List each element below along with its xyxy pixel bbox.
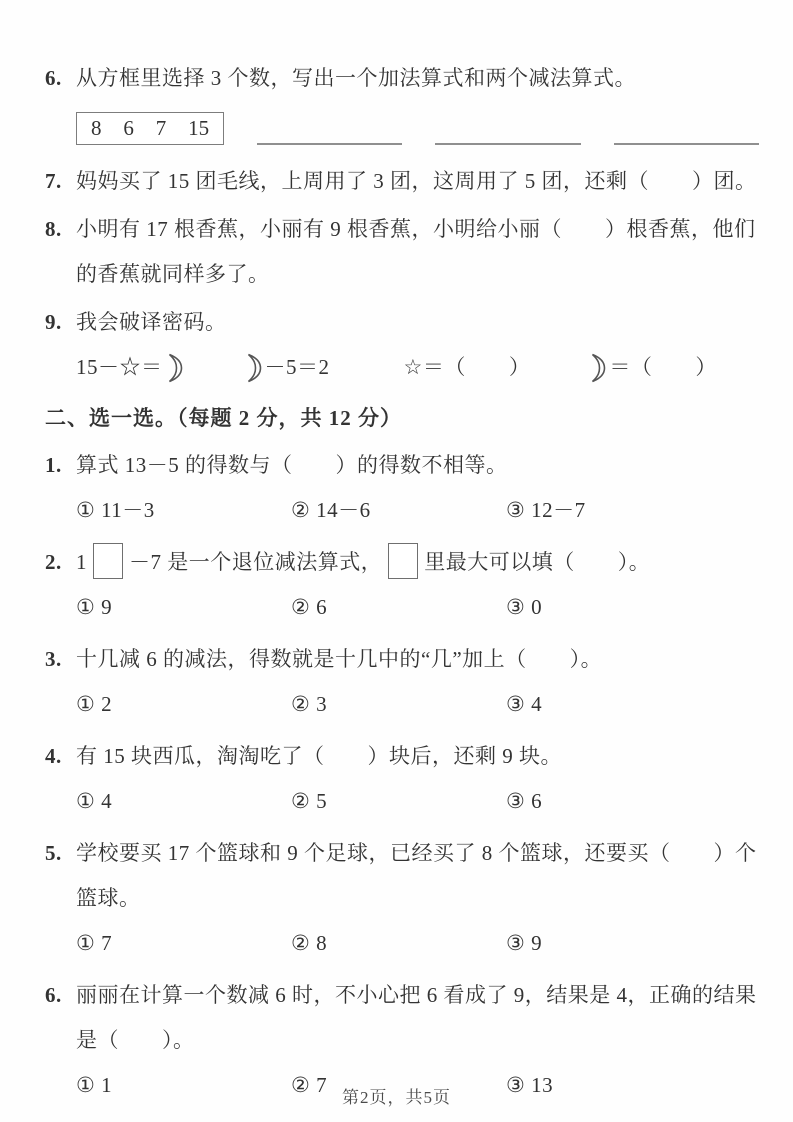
option-1[interactable]: ① 9 (76, 585, 291, 630)
question-number: 1. (45, 443, 76, 488)
option-3[interactable]: ③ 0 (506, 585, 542, 630)
equation-1: 15－☆＝ (76, 345, 186, 390)
number-box: 8 6 7 15 (76, 112, 224, 145)
option-2[interactable]: ② 14－6 (291, 488, 506, 533)
question-number: 4. (45, 734, 76, 779)
question-7-text: 7.妈妈买了 15 团毛线，上周用了 3 团，这周用了 5 团，还剩（ ）团。 (45, 159, 759, 204)
option-1[interactable]: ① 11－3 (76, 488, 291, 533)
option-1[interactable]: ① 2 (76, 682, 291, 727)
box-number: 15 (188, 116, 209, 141)
question-9: 9.我会破译密码。 15－☆＝ －5＝2 ☆＝（ ） ＝（ ） (45, 300, 759, 390)
equation-text: ☆＝（ ） (404, 345, 531, 390)
choice-question-2: 2.1－7 是一个退位减法算式，里最大可以填（ ）。 ① 9② 6③ 0 (45, 540, 759, 630)
option-3[interactable]: ③ 12－7 (506, 488, 586, 533)
question-9-text: 9.我会破译密码。 (45, 300, 759, 345)
option-2[interactable]: ② 3 (291, 682, 506, 727)
question-number: 9. (45, 300, 76, 345)
answer-box[interactable] (388, 543, 418, 579)
question-text-line: 1.算式 13－5 的得数与（ ）的得数不相等。 (45, 443, 759, 488)
option-3[interactable]: ③ 6 (506, 779, 542, 824)
answer-blank[interactable] (435, 115, 580, 145)
question-text-line: 6.丽丽在计算一个数减 6 时，不小心把 6 看成了 9，结果是 4，正确的结果… (45, 973, 759, 1063)
choice-question-4: 4.有 15 块西瓜，淘淘吃了（ ）块后，还剩 9 块。 ① 4② 5③ 6 (45, 734, 759, 824)
box-number: 8 (91, 116, 102, 141)
question-8-text: 8.小明有 17 根香蕉，小丽有 9 根香蕉，小明给小丽（ ）根香蕉，他们的香蕉… (45, 207, 759, 297)
question-text: 丽丽在计算一个数减 6 时，不小心把 6 看成了 9，结果是 4，正确的结果是（… (76, 983, 757, 1052)
question-number: 6. (45, 973, 76, 1018)
crescent-moon-icon (165, 353, 184, 383)
question-text: 从方框里选择 3 个数，写出一个加法算式和两个减法算式。 (76, 66, 636, 90)
option-2[interactable]: ② 6 (291, 585, 506, 630)
question-text: 有 15 块西瓜，淘淘吃了（ ）块后，还剩 9 块。 (76, 744, 562, 768)
question-number: 3. (45, 637, 76, 682)
page-number-footer: 第2页，共5页 (0, 1083, 793, 1108)
answer-blank[interactable] (614, 115, 759, 145)
question-6: 6.从方框里选择 3 个数，写出一个加法算式和两个减法算式。 8 6 7 15 (45, 56, 759, 145)
question-text-line: 4.有 15 块西瓜，淘淘吃了（ ）块后，还剩 9 块。 (45, 734, 759, 779)
question-9-equations: 15－☆＝ －5＝2 ☆＝（ ） ＝（ ） (76, 345, 759, 390)
equation-text: 15－☆＝ (76, 345, 163, 390)
crescent-moon-icon (244, 353, 263, 383)
options-row: ① 9② 6③ 0 (76, 585, 759, 630)
question-6-answer-row: 8 6 7 15 (76, 107, 759, 145)
question-text: 妈妈买了 15 团毛线，上周用了 3 团，这周用了 5 团，还剩（ ）团。 (76, 169, 757, 193)
option-2[interactable]: ② 5 (291, 779, 506, 824)
choice-question-3: 3.十几减 6 的减法，得数就是十几中的“几”加上（ ）。 ① 2② 3③ 4 (45, 637, 759, 727)
options-row: ① 11－3② 14－6③ 12－7 (76, 488, 759, 533)
question-number: 6. (45, 56, 76, 101)
question-text: 1 (76, 550, 87, 574)
question-7: 7.妈妈买了 15 团毛线，上周用了 3 团，这周用了 5 团，还剩（ ）团。 (45, 159, 759, 204)
option-1[interactable]: ① 4 (76, 779, 291, 824)
equation-4: ＝（ ） (586, 345, 717, 390)
equation-3: ☆＝（ ） (404, 345, 531, 390)
question-text: 小明有 17 根香蕉，小丽有 9 根香蕉，小明给小丽（ ）根香蕉，他们的香蕉就同… (76, 217, 756, 286)
crescent-moon-icon (588, 353, 607, 383)
section-2-title: 二、选一选。（每题 2 分，共 12 分） (45, 396, 759, 441)
equation-text: －5＝2 (265, 345, 330, 390)
answer-blank[interactable] (257, 115, 402, 145)
option-3[interactable]: ③ 4 (506, 682, 542, 727)
question-text-line: 3.十几减 6 的减法，得数就是十几中的“几”加上（ ）。 (45, 637, 759, 682)
question-8: 8.小明有 17 根香蕉，小丽有 9 根香蕉，小明给小丽（ ）根香蕉，他们的香蕉… (45, 207, 759, 297)
question-text-line: 2.1－7 是一个退位减法算式，里最大可以填（ ）。 (45, 540, 759, 585)
question-number: 8. (45, 207, 76, 252)
options-row: ① 7② 8③ 9 (76, 921, 759, 966)
question-text: －7 是一个退位减法算式， (129, 550, 382, 574)
answer-box[interactable] (93, 543, 123, 579)
option-1[interactable]: ① 7 (76, 921, 291, 966)
equation-text: ＝（ ） (609, 345, 717, 390)
options-row: ① 2② 3③ 4 (76, 682, 759, 727)
question-text: 我会破译密码。 (76, 310, 227, 334)
question-text: 十几减 6 的减法，得数就是十几中的“几”加上（ ）。 (76, 647, 602, 671)
question-text: 算式 13－5 的得数与（ ）的得数不相等。 (76, 453, 508, 477)
question-number: 7. (45, 159, 76, 204)
question-number: 5. (45, 831, 76, 876)
choice-question-5: 5.学校要买 17 个篮球和 9 个足球，已经买了 8 个篮球，还要买（ ）个篮… (45, 831, 759, 966)
option-2[interactable]: ② 8 (291, 921, 506, 966)
question-text: 学校要买 17 个篮球和 9 个足球，已经买了 8 个篮球，还要买（ ）个篮球。 (76, 841, 757, 910)
options-row: ① 4② 5③ 6 (76, 779, 759, 824)
equation-2: －5＝2 (242, 345, 330, 390)
question-6-text: 6.从方框里选择 3 个数，写出一个加法算式和两个减法算式。 (45, 56, 759, 101)
choice-question-1: 1.算式 13－5 的得数与（ ）的得数不相等。 ① 11－3② 14－6③ 1… (45, 443, 759, 533)
box-number: 6 (123, 116, 134, 141)
box-number: 7 (156, 116, 167, 141)
question-text-line: 5.学校要买 17 个篮球和 9 个足球，已经买了 8 个篮球，还要买（ ）个篮… (45, 831, 759, 921)
option-3[interactable]: ③ 9 (506, 921, 542, 966)
question-text: 里最大可以填（ ）。 (424, 550, 650, 574)
question-number: 2. (45, 540, 76, 585)
worksheet-page: 6.从方框里选择 3 个数，写出一个加法算式和两个减法算式。 8 6 7 15 … (0, 0, 793, 1122)
